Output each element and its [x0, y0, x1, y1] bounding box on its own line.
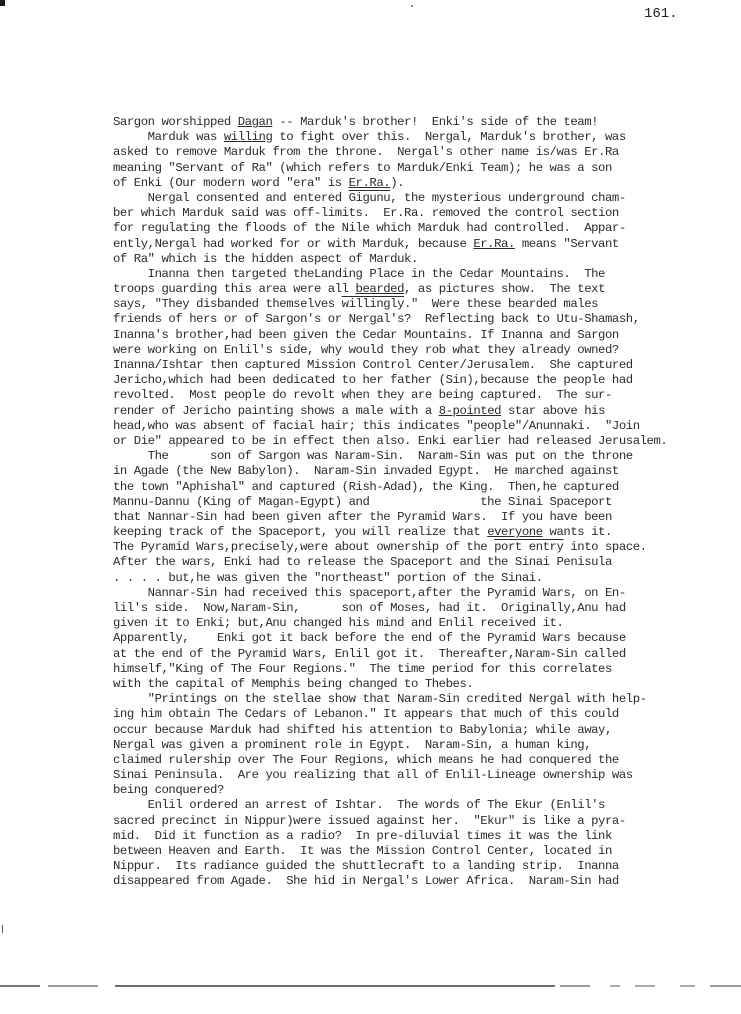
text-line: keeping track of the Spaceport, you will… — [113, 525, 713, 540]
text-line: mid. Did it function as a radio? In pre-… — [113, 829, 713, 844]
page-number: 161. — [644, 6, 678, 22]
text-line: Nannar-Sin had received this spaceport,a… — [113, 586, 713, 601]
text-line: Nergal was given a prominent role in Egy… — [113, 738, 713, 753]
text-line: troops guarding this area were all beard… — [113, 282, 713, 297]
text-line: asked to remove Marduk from the throne. … — [113, 145, 713, 160]
emphasized-word: everyone — [487, 525, 542, 539]
text-line: "Printings on the stellae show that Nara… — [113, 692, 713, 707]
text-line: Apparently, Enki got it back before the … — [113, 631, 713, 646]
text-line: were working on Enlil's side, why would … — [113, 343, 713, 358]
text-line: Enlil ordered an arrest of Ishtar. The w… — [113, 798, 713, 813]
text-line: head,who was absent of facial hair; this… — [113, 419, 713, 434]
text-line: Inanna then targeted theLanding Place in… — [113, 267, 713, 282]
text-line: claimed rulership over The Four Regions,… — [113, 753, 713, 768]
text-line: says, "They disbanded themselves willing… — [113, 297, 713, 312]
emphasized-word: Er.Ra. — [349, 176, 391, 190]
text-line: . . . . but,he was given the "northeast"… — [113, 571, 713, 586]
text-line: Marduk was willing to fight over this. N… — [113, 130, 713, 145]
text-line: Mannu-Dannu (King of Magan-Egypt) and th… — [113, 495, 713, 510]
text-line: at the end of the Pyramid Wars, Enlil go… — [113, 647, 713, 662]
text-line: After the wars, Enki had to release the … — [113, 555, 713, 570]
text-line: the town "Aphishal" and captured (Rish-A… — [113, 480, 713, 495]
text-line: disappeared from Agade. She hid in Nerga… — [113, 874, 713, 889]
text-line: Nippur. Its radiance guided the shuttlec… — [113, 859, 713, 874]
text-line: being conquered? — [113, 783, 713, 798]
emphasized-word: port entry — [494, 540, 563, 554]
text-line: ber which Marduk said was off-limits. Er… — [113, 206, 713, 221]
text-line: Sargon worshipped Dagan -- Marduk's brot… — [113, 115, 713, 130]
text-line: himself,"King of The Four Regions." The … — [113, 662, 713, 677]
emphasized-word: 8-pointed — [439, 404, 501, 418]
text-line: lil's side. Now,Naram-Sin, son of Moses,… — [113, 601, 713, 616]
text-line: occur because Marduk had shifted his att… — [113, 723, 713, 738]
text-line: in Agade (the New Babylon). Naram-Sin in… — [113, 464, 713, 479]
emphasized-word: Er.Ra. — [473, 237, 515, 251]
text-line: Inanna/Ishtar then captured Mission Cont… — [113, 358, 713, 373]
text-line: revolted. Most people do revolt when the… — [113, 388, 713, 403]
text-line: between Heaven and Earth. It was the Mis… — [113, 844, 713, 859]
emphasized-word: willingly — [342, 297, 404, 311]
text-line: The son of Sargon was Naram-Sin. Naram-S… — [113, 449, 713, 464]
text-line: sacred precinct in Nippur)were issued ag… — [113, 814, 713, 829]
typewritten-body-text: Sargon worshipped Dagan -- Marduk's brot… — [113, 115, 713, 890]
scan-edge-mark — [2, 925, 3, 933]
text-line: meaning "Servant of Ra" (which refers to… — [113, 161, 713, 176]
text-line: Jericho,which had been dedicated to her … — [113, 373, 713, 388]
text-line: Inanna's brother,had been given the Ceda… — [113, 328, 713, 343]
text-line: ently,Nergal had worked for or with Mard… — [113, 237, 713, 252]
text-line: friends of hers or of Sargon's or Nergal… — [113, 312, 713, 327]
text-line: of Enki (Our modern word "era" is Er.Ra.… — [113, 176, 713, 191]
emphasized-word: Dagan — [238, 115, 273, 129]
emphasized-word: willing — [224, 130, 273, 144]
text-line: for regulating the floods of the Nile wh… — [113, 221, 713, 236]
text-line: ing him obtain The Cedars of Lebanon." I… — [113, 707, 713, 722]
emphasized-word: bearded — [356, 282, 405, 296]
text-line: given it to Enki; but,Anu changed his mi… — [113, 616, 713, 631]
text-line: of Ra" which is the hidden aspect of Mar… — [113, 252, 713, 267]
text-line: that Nannar-Sin had been given after the… — [113, 510, 713, 525]
text-line: render of Jericho painting shows a male … — [113, 404, 713, 419]
text-line: Nergal consented and entered Gigunu, the… — [113, 191, 713, 206]
scan-bottom-rule — [0, 985, 741, 987]
scan-corner-mark — [0, 0, 5, 6]
text-line: Sinai Peninsula. Are you realizing that … — [113, 768, 713, 783]
text-line: or Die" appeared to be in effect then al… — [113, 434, 713, 449]
text-line: with the capital of Memphis being change… — [113, 677, 713, 692]
text-line: The Pyramid Wars,precisely,were about ow… — [113, 540, 713, 555]
emphasized-word: Gigunu — [349, 191, 391, 205]
scan-speck — [411, 5, 413, 7]
